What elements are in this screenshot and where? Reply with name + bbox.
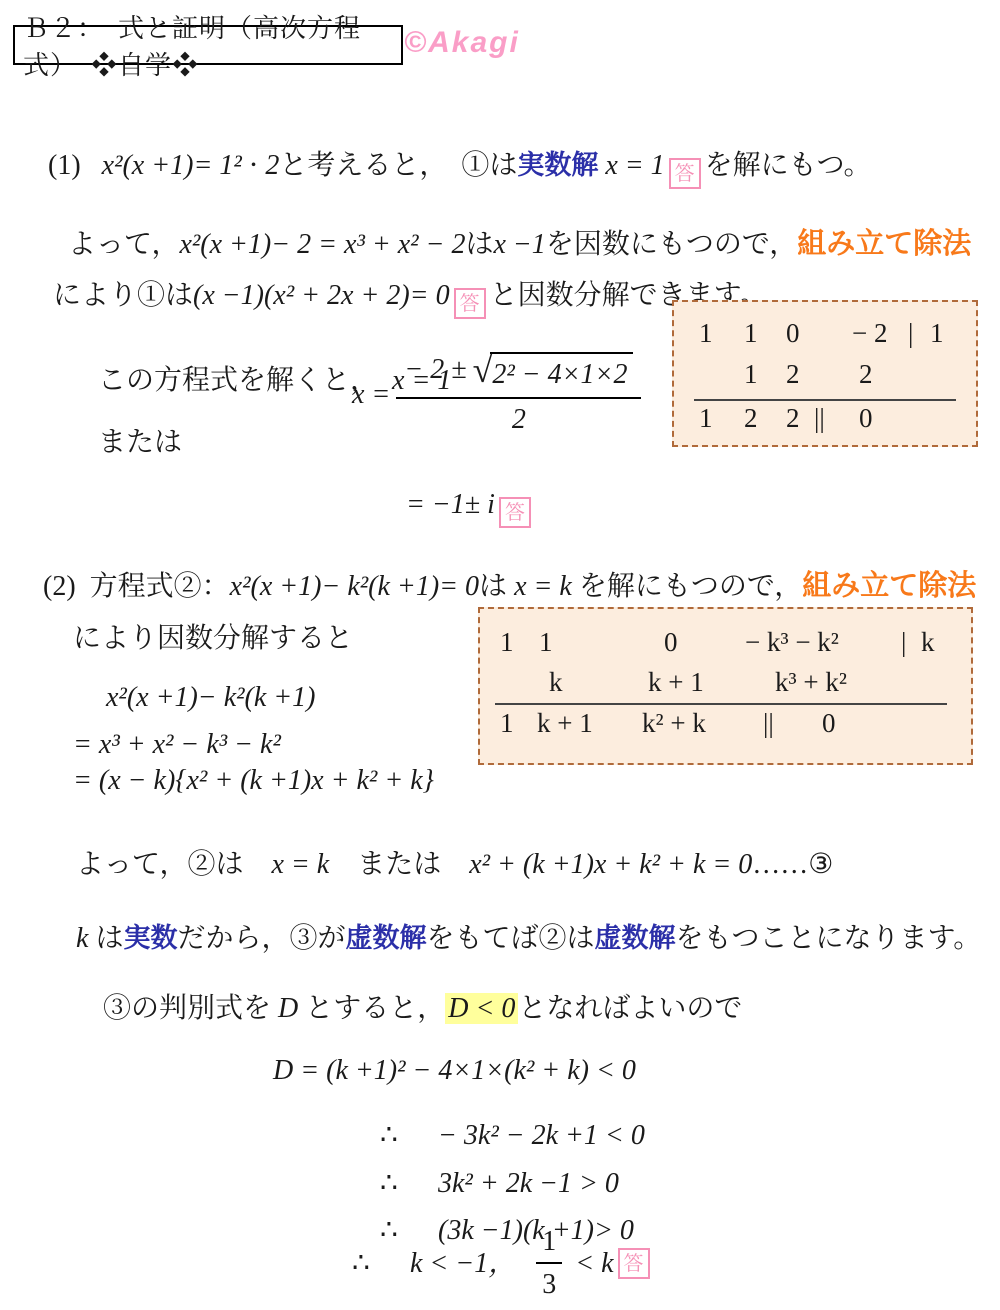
t2-divider-bar: | [901,627,906,658]
t2-sum-line [495,703,947,705]
synthetic-division-table-2: 1 1 0 − k³ − k² | k k k + 1 k³ + k² 1 k … [478,607,973,765]
fraction-denominator: 3 [542,1264,556,1302]
t2-cell: k [921,627,935,658]
s1-l5-text1: または [98,427,182,458]
answer-stamp-1: 答 [669,158,701,189]
s2-eq4-math: D = (k +1)² − 4×1×(k² + k) < 0 [273,1055,636,1086]
t1-cell: 1 [744,359,758,390]
s1-l1-text2: を解にもつ。 [705,150,872,181]
answer-stamp-4: 答 [618,1248,650,1279]
s2-l4-keyword-imaginary-2: 虚数解 [594,923,675,953]
s2-l3-text3: ……③ [752,849,833,880]
page-title: Ｂ２： 式と証明（高次方程式） ❖自学❖ [23,8,401,82]
radicand: 2² − 4×1×2 [490,352,633,392]
s2-l4-keyword-imaginary-1: 虚数解 [345,923,426,953]
s2-l3-text1: よって，②は [76,849,271,880]
s1-l1-math2: x = 1 [598,150,664,181]
s2-l4-text4: をもつことになります。 [675,923,981,954]
t1-cell: 1 [744,318,758,349]
s1-l1-keyword-real-solution: 実数解 [517,150,598,180]
s2-l4-text1: は [95,923,123,954]
therefore-icon: ∴ [352,1246,410,1281]
s2-final-part2: < k [568,1246,613,1281]
s2-l4-text3: をもてば②は [426,923,594,954]
synthetic-division-table-1: 1 1 0 − 2 | 1 1 2 2 1 2 2 || 0 [672,300,978,447]
s1-l6-math: = −1± i [406,489,495,520]
t1-cell: − 2 [852,318,887,349]
t2-cell: k² + k [642,708,706,739]
s1-number: (1) [48,150,81,181]
one-third-fraction: 1 3 [536,1224,562,1302]
s2-l4-keyword-real: 実数 [123,923,177,953]
answer-stamp-3: 答 [499,497,531,528]
s1-l1-math1: x²(x +1)= 1² ⋅ 2 [102,150,280,181]
s2-final-answer-line: ∴ k < −1， 1 3 < k 答 [352,1224,654,1302]
t1-cell: 1 [699,403,713,434]
page-title-box: Ｂ２： 式と証明（高次方程式） ❖自学❖ [13,25,403,65]
t1-cell: 2 [786,359,800,390]
s2-final-part1: k < −1， [410,1246,530,1281]
t1-cell: 0 [786,318,800,349]
credit-logo: ©Akagi [404,26,520,60]
fraction-denominator: 2 [512,399,526,437]
s1-l1-text1: と考えると， ①は [279,150,517,181]
t2-cell: 1 [539,627,553,658]
formula-lhs: x = [352,377,390,412]
s2-l1-keyword-synthetic-division: 組み立て除法 [802,570,976,602]
s1-line5: または [70,390,182,495]
s1-quadratic-formula: x = − 2 ±√2² − 4×1×2 2 [352,352,647,437]
s2-l1-text3: を解にもつので， [579,571,802,602]
s1-l3-math1: (x −1)(x² + 2x + 2)= 0 [193,280,450,311]
s1-l2-keyword-synthetic-division: 組み立て除法 [797,228,971,260]
t2-cell: k + 1 [648,667,704,698]
numerator-prefix: − 2 ± [404,352,466,387]
t1-cell: 2 [744,403,758,434]
s2-l1-text2: は [479,571,507,602]
t2-cell: k + 1 [537,708,593,739]
s2-l3-text2: または [329,849,469,880]
t2-cell: 1 [500,627,514,658]
t2-cell: k [549,667,563,698]
t2-cell: k³ + k² [775,667,847,698]
t2-cell: 0 [664,627,678,658]
fraction-numerator: − 2 ±√2² − 4×1×2 [396,352,641,399]
fraction-numerator: 1 [536,1224,562,1264]
t2-cell: 1 [500,708,514,739]
t1-cell: 1 [699,318,713,349]
worksheet-page: Ｂ２： 式と証明（高次方程式） ❖自学❖ ©Akagi (1) x²(x +1)… [0,0,1000,1310]
answer-stamp-2: 答 [454,288,486,319]
s1-l3-text1: により①は [53,280,193,311]
s2-eq3-math: = (x − k){x² + (k +1)x + k² + k} [73,765,434,796]
t1-cell: 2 [859,359,873,390]
t2-cell: 0 [822,708,836,739]
s2-l4-math: k [76,923,95,954]
s2-l4-text2: だから，③が [177,923,345,954]
t1-cell: 0 [859,403,873,434]
t1-cell: 1 [930,318,944,349]
s2-l1-math2: x = k [507,571,579,602]
t1-sum-line [694,399,956,401]
t2-divider-bars: || [763,708,774,739]
t2-cell: − k³ − k² [745,627,839,658]
formula-fraction: − 2 ±√2² − 4×1×2 2 [396,352,641,437]
t1-divider-bar: | [908,318,913,349]
s2-l3-math1: x = k [271,849,329,880]
s2-l3-math2: x² + (k +1)x + k² + k = 0 [469,849,752,880]
t1-cell: 2 [786,403,800,434]
t1-divider-bars: || [814,403,825,434]
